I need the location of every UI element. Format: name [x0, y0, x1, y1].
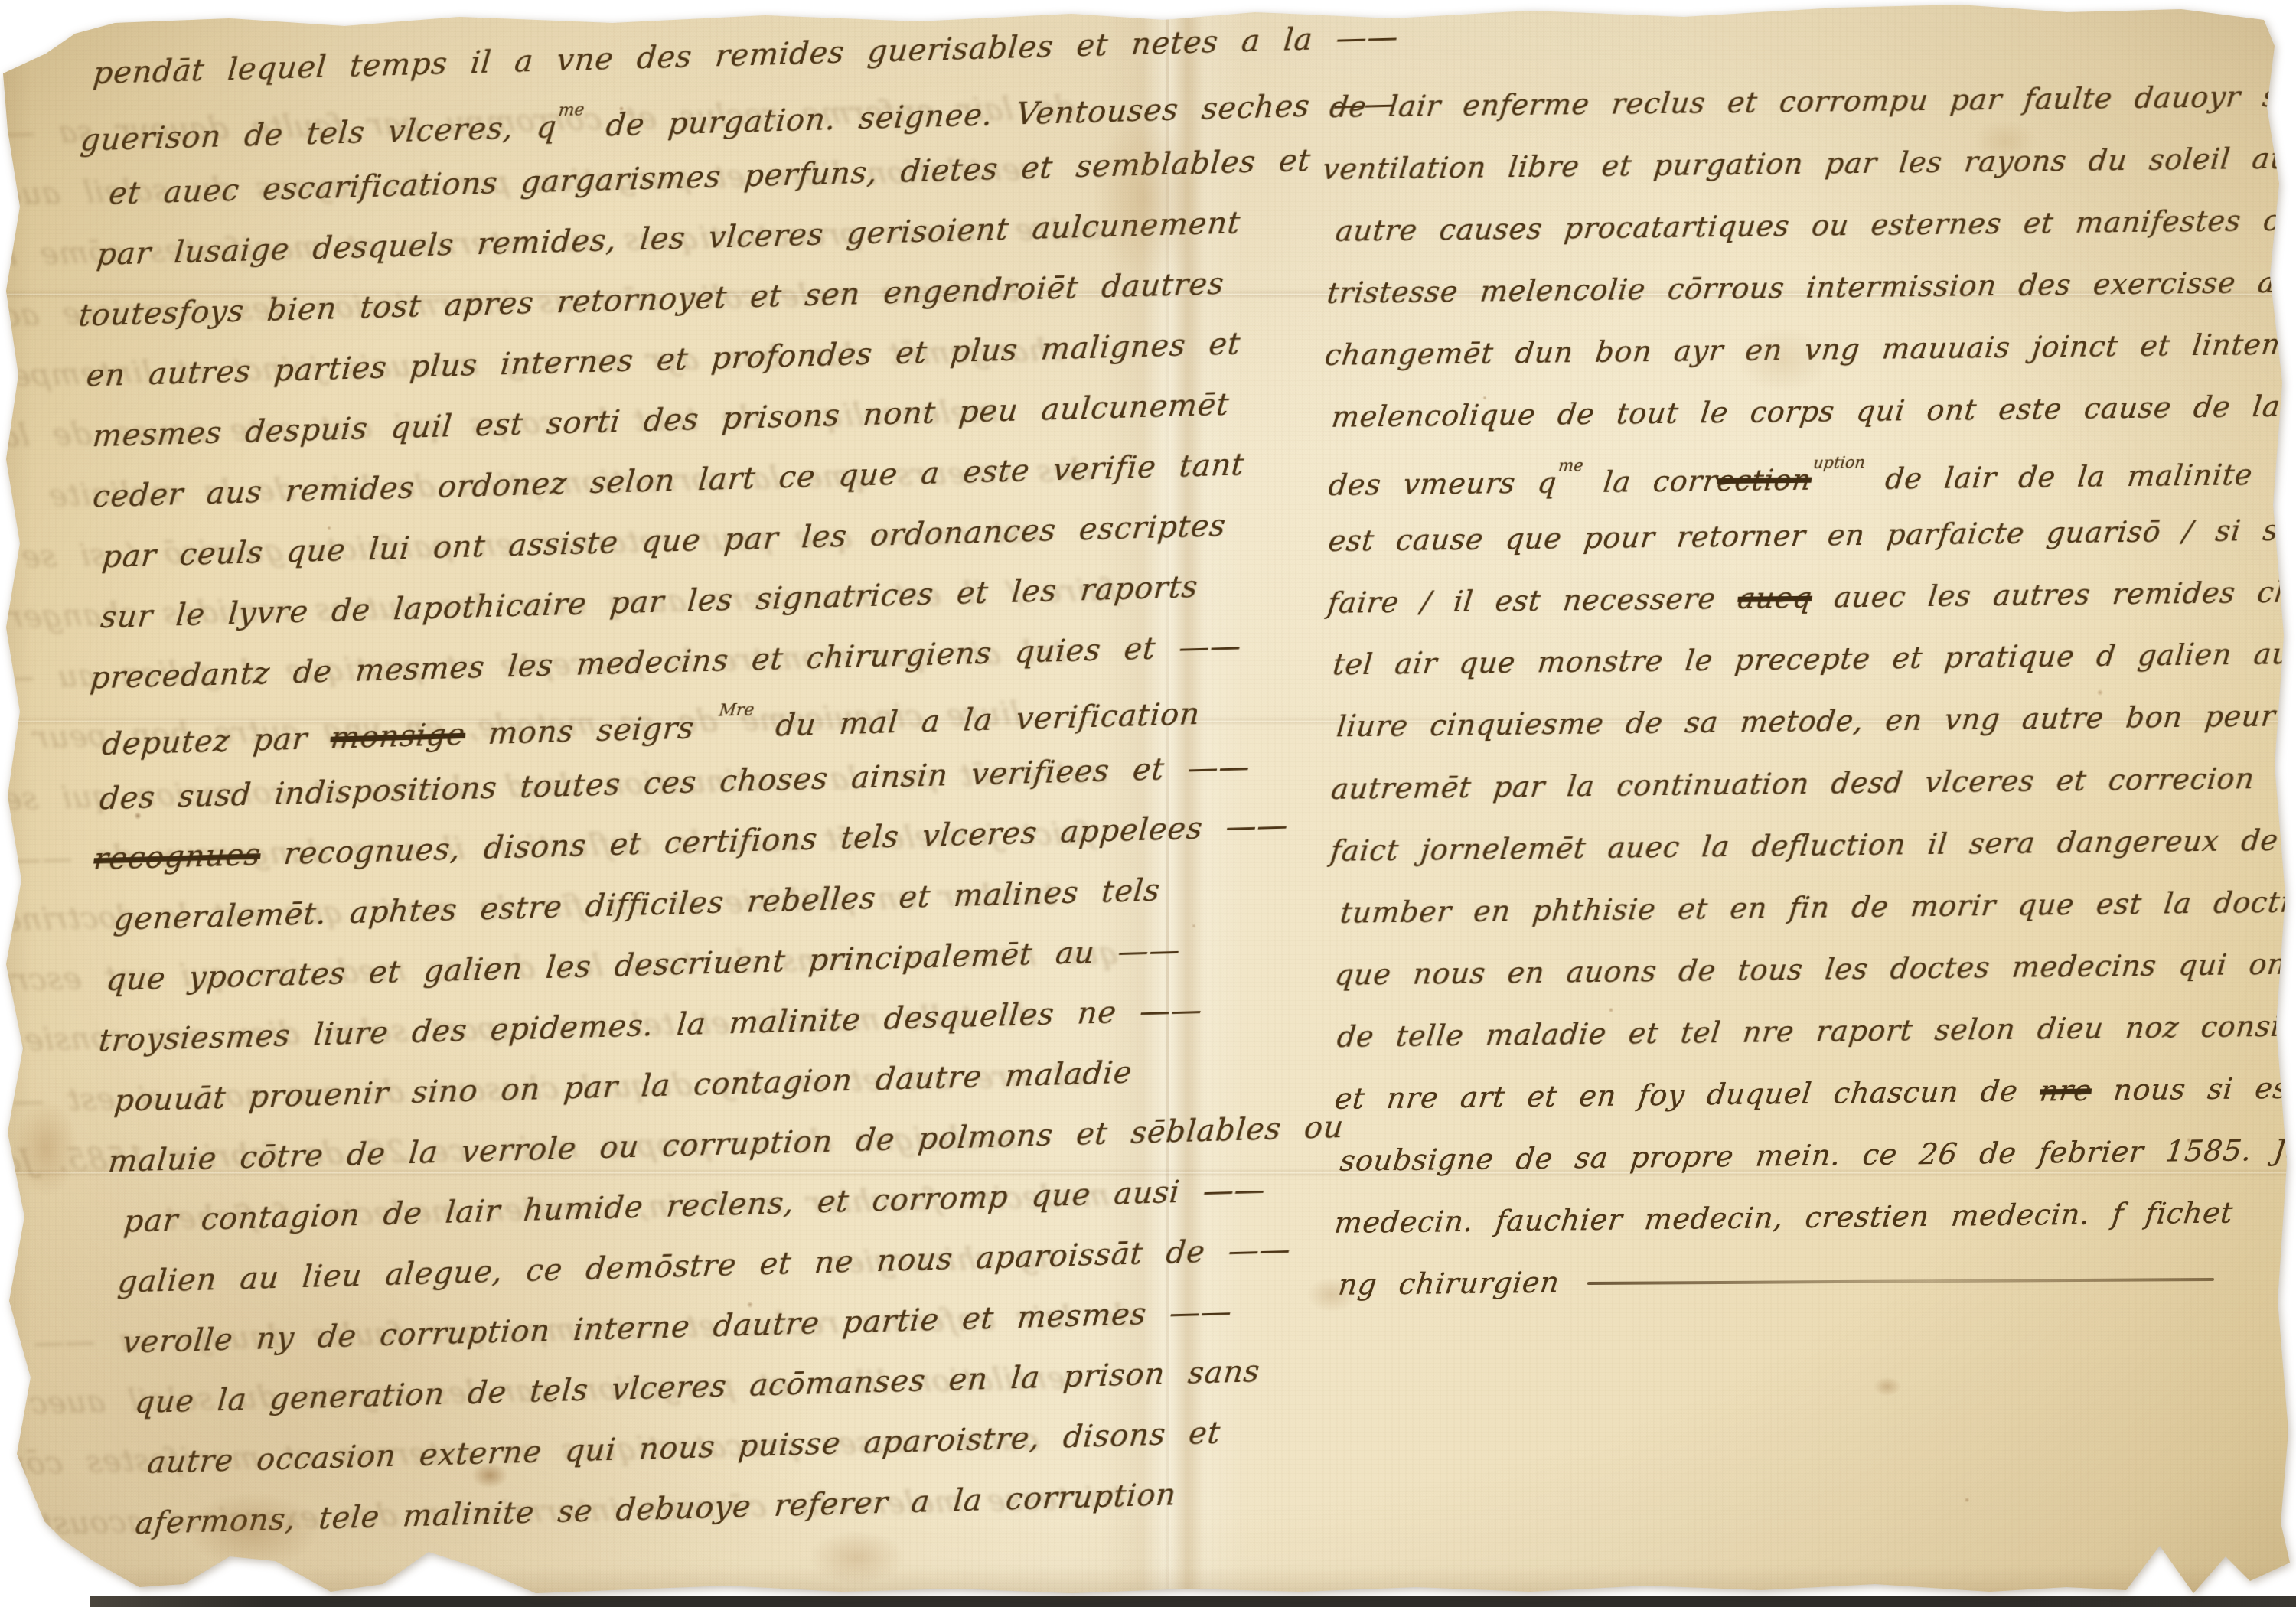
manuscript-line: medecin. fauchier medecin, crestien mede… — [1331, 1181, 2296, 1254]
manuscript-text: des vmeurs q — [1327, 465, 1559, 501]
manuscript-text: que nous en auons de tous les doctes med… — [1333, 944, 2296, 991]
paper-wrapper: de lair enferme reclus et corrompu par f… — [0, 0, 2296, 1607]
signature-flourish-line — [1587, 1277, 2214, 1284]
interlinear-insertion: me — [558, 100, 585, 120]
manuscript-text: faire / il est necessere — [1326, 582, 1740, 620]
struck-out-word: nre — [2038, 1074, 2093, 1108]
manuscript-text: faict jornelemēt auec la defluction il s… — [1329, 823, 2296, 868]
manuscript-line: ng chirurgien — [1335, 1243, 2296, 1316]
manuscript-text: du mal a la verification — [751, 696, 1202, 744]
manuscript-line: tristesse melencolie cōrrous intermissio… — [1324, 251, 2296, 324]
manuscript-scan: de lair enferme reclus et corrompu par f… — [0, 0, 2296, 1607]
manuscript-text: medecin. fauchier medecin, crestien mede… — [1333, 1196, 2236, 1240]
manuscript-text: tumber en phthisie et en fin de morir qu… — [1339, 885, 2296, 930]
manuscript-text: ng chirurgien — [1336, 1265, 1561, 1301]
manuscript-line: des vmeurs qme la correctionuption de la… — [1326, 437, 2296, 510]
manuscript-text: guerison de tels vlceres, q — [79, 109, 559, 158]
interlinear-insertion: Mre — [718, 700, 755, 720]
manuscript-text: pendāt lequel temps il a vne des remides… — [92, 19, 1401, 91]
manuscript-text: est cause que pour retorner en parfaicte… — [1326, 512, 2296, 558]
manuscript-line: est cause que pour retorner en parfaicte… — [1325, 499, 2296, 572]
manuscript-line: de telle maladie et tel nre raport selon… — [1334, 995, 2296, 1068]
manuscript-line: ventilation libre et purgation par les r… — [1319, 127, 2296, 200]
manuscript-line: que nous en auons de tous les doctes med… — [1332, 933, 2296, 1006]
struck-out-word: ection — [1715, 462, 1813, 497]
manuscript-text: autre causes procatartiques ou esternes … — [1334, 201, 2296, 248]
struck-out-word: aueq — [1736, 581, 1814, 615]
manuscript-line: de lair enferme reclus et corrompu par f… — [1326, 65, 2296, 138]
manuscript-text: de telle maladie et tel nre raport selon… — [1336, 1007, 2296, 1054]
right-page-text: de lair enferme reclus et corrompu par f… — [1318, 66, 2296, 1316]
manuscript-text: liure cinquiesme de sa metode, en vng au… — [1335, 696, 2296, 743]
manuscript-line: autremēt par la continuation desd vlcere… — [1328, 747, 2296, 820]
manuscript-text: autremēt par la continuation desd vlcere… — [1329, 760, 2296, 806]
manuscript-text: de lair de la malinite qui — [1861, 455, 2296, 495]
manuscript-line: soubsigne de sa propre mein. ce 26 de fe… — [1337, 1119, 2296, 1191]
manuscript-text: la corr — [1580, 464, 1719, 499]
manuscript-line: et nre art et en foy duquel chascun de n… — [1332, 1057, 2296, 1130]
manuscript-text: ventilation libre et purgation par les r… — [1321, 140, 2296, 186]
paper-sheet: de lair enferme reclus et corrompu par f… — [0, 0, 2296, 1607]
manuscript-text: soubsigne de sa propre mein. ce 26 de fe… — [1339, 1132, 2296, 1178]
manuscript-text: auec les autres remides changer vng — [1810, 573, 2296, 614]
manuscript-line: autre causes procatartiques ou esternes … — [1332, 189, 2296, 262]
manuscript-line: tel air que monstre le precepte et prati… — [1329, 623, 2296, 696]
manuscript-line: changemēt dun bon ayr en vng mauuais joi… — [1322, 313, 2296, 386]
manuscript-text: deputez par — [100, 721, 332, 762]
struck-out-word: monsige — [329, 717, 467, 756]
manuscript-text: changemēt dun bon ayr en vng mauuais joi… — [1323, 326, 2296, 372]
manuscript-text: de purgation. seignee. Ventouses seches … — [581, 86, 1397, 145]
manuscript-line: melencolique de tout le corps qui ont es… — [1329, 375, 2296, 448]
struck-out-word: recognues — [92, 837, 262, 877]
left-page-text: pendāt lequel temps il a vne des remides… — [67, 14, 1204, 1555]
interlinear-insertion: me — [1557, 457, 1584, 475]
manuscript-text: tel air que monstre le precepte et prati… — [1331, 636, 2296, 681]
manuscript-text: de lair enferme reclus et corrompu par f… — [1328, 78, 2296, 124]
interlinear-insertion: uption — [1812, 453, 1867, 472]
manuscript-line: faict jornelemēt auec la defluction il s… — [1327, 809, 2296, 882]
manuscript-line: tumber en phthisie et en fin de morir qu… — [1337, 871, 2296, 944]
manuscript-text: tristesse melencolie cōrrous intermissio… — [1326, 264, 2296, 310]
manuscript-text: nous si est —— — [2089, 1070, 2296, 1107]
manuscript-line: liure cinquiesme de sa metode, en vng au… — [1333, 685, 2296, 758]
manuscript-text: mons seigrs — [464, 710, 719, 752]
manuscript-line: faire / il est necessere aueq auec les a… — [1324, 561, 2296, 634]
manuscript-text: melencolique de tout le corps qui ont es… — [1330, 387, 2296, 434]
manuscript-text: et nre art et en foy duquel chascun de — [1333, 1074, 2042, 1116]
